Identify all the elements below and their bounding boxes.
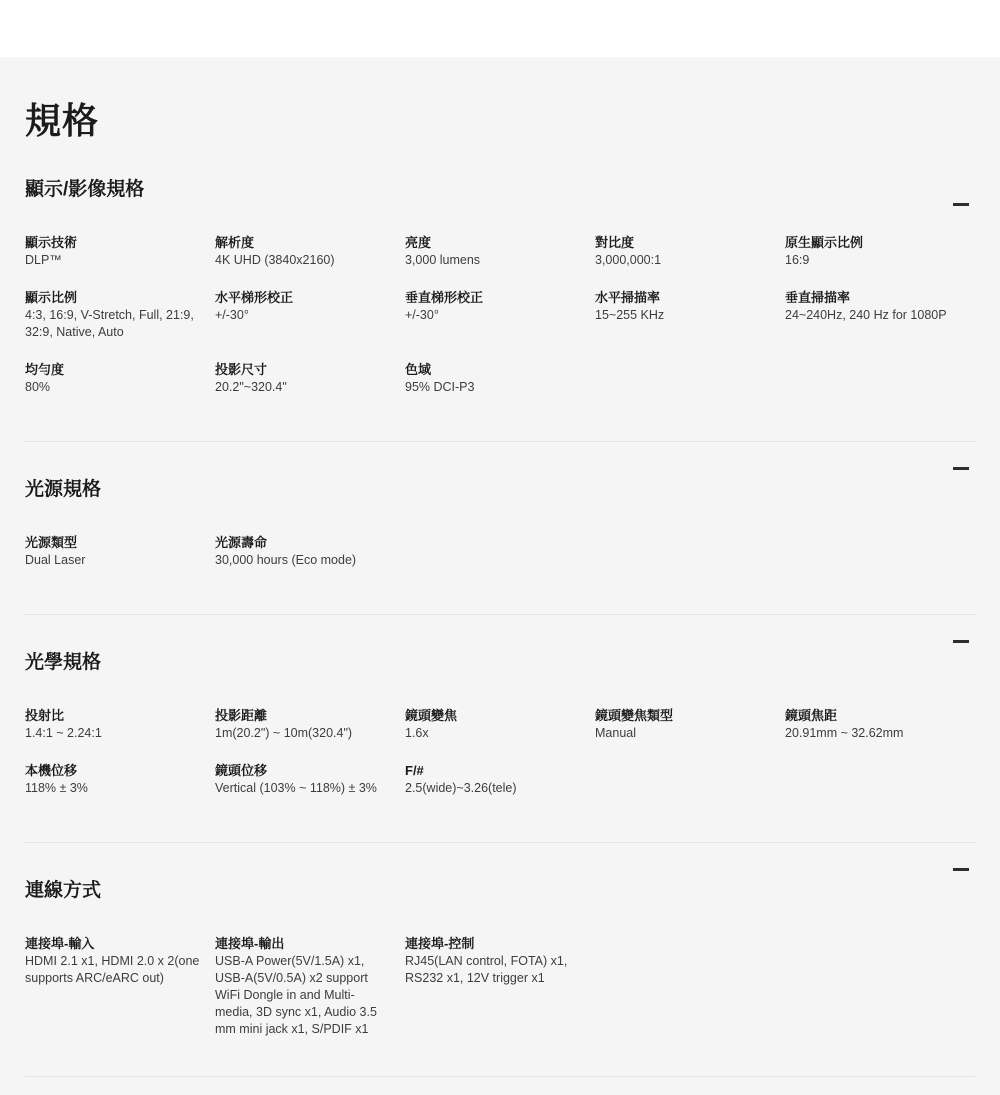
spec-label: 水平掃描率 — [595, 289, 771, 306]
spec-label: 鏡頭位移 — [215, 762, 391, 779]
minus-icon — [953, 868, 969, 871]
spec-label: F/# — [405, 762, 581, 779]
spec-value: Dual Laser — [25, 552, 201, 569]
spec-label: 均勻度 — [25, 361, 201, 378]
spec-grid-light-source: 光源類型 Dual Laser 光源壽命 30,000 hours (Eco m… — [25, 534, 975, 569]
spec-value: DLP™ — [25, 252, 201, 269]
spec-value: 1m(20.2") ~ 10m(320.4") — [215, 725, 391, 742]
spec-value: 4K UHD (3840x2160) — [215, 252, 391, 269]
spec-page-background: 規格 顯示/影像規格 顯示技術 DLP™ 解析度 4K UHD (3840x21… — [0, 57, 1000, 1095]
spec-label: 原生顯示比例 — [785, 234, 961, 251]
minus-icon — [953, 640, 969, 643]
spec-value: 20.2"~320.4" — [215, 379, 391, 396]
section-connectivity: 連線方式 連接埠-輸入 HDMI 2.1 x1, HDMI 2.0 x 2(on… — [25, 842, 975, 1076]
spec-label: 鏡頭變焦類型 — [595, 707, 771, 724]
spec-value: +/-30° — [405, 307, 581, 324]
spec-item: 對比度 3,000,000:1 — [595, 234, 785, 269]
spec-page: 規格 顯示/影像規格 顯示技術 DLP™ 解析度 4K UHD (3840x21… — [25, 57, 975, 1077]
spec-value: 15~255 KHz — [595, 307, 771, 324]
bottom-divider — [25, 1076, 975, 1077]
spec-item: 垂直掃描率 24~240Hz, 240 Hz for 1080P — [785, 289, 975, 341]
spec-value: 30,000 hours (Eco mode) — [215, 552, 391, 569]
spec-value: RJ45(LAN control, FOTA) x1, RS232 x1, 12… — [405, 953, 581, 987]
spec-item: 色域 95% DCI-P3 — [405, 361, 595, 396]
section-title-optical: 光學規格 — [25, 651, 975, 674]
spec-value: 20.91mm ~ 32.62mm — [785, 725, 961, 742]
spec-label: 投影距離 — [215, 707, 391, 724]
spec-label: 鏡頭焦距 — [785, 707, 961, 724]
spec-label: 光源類型 — [25, 534, 201, 551]
spec-value: 118% ± 3% — [25, 780, 201, 797]
spec-value: 3,000 lumens — [405, 252, 581, 269]
spec-value: HDMI 2.1 x1, HDMI 2.0 x 2(one supports A… — [25, 953, 201, 987]
spec-label: 連接埠-控制 — [405, 935, 581, 952]
spec-label: 垂直梯形校正 — [405, 289, 581, 306]
spec-item: 亮度 3,000 lumens — [405, 234, 595, 269]
spec-value: 1.6x — [405, 725, 581, 742]
spec-value: 2.5(wide)~3.26(tele) — [405, 780, 581, 797]
spec-label: 連接埠-輸入 — [25, 935, 201, 952]
collapse-section-optical-button[interactable] — [948, 628, 974, 654]
collapse-section-connectivity-button[interactable] — [948, 856, 974, 882]
minus-icon — [953, 467, 969, 470]
spec-item: 連接埠-輸入 HDMI 2.1 x1, HDMI 2.0 x 2(one sup… — [25, 935, 215, 1038]
spec-value: Vertical (103% ~ 118%) ± 3% — [215, 780, 391, 797]
spec-item: 光源壽命 30,000 hours (Eco mode) — [215, 534, 405, 569]
spec-label: 光源壽命 — [215, 534, 391, 551]
spec-value: Manual — [595, 725, 771, 742]
spec-label: 顯示技術 — [25, 234, 201, 251]
spec-item: 投影尺寸 20.2"~320.4" — [215, 361, 405, 396]
spec-item: 鏡頭焦距 20.91mm ~ 32.62mm — [785, 707, 975, 742]
spec-label: 色域 — [405, 361, 581, 378]
spec-item: 顯示技術 DLP™ — [25, 234, 215, 269]
spec-label: 對比度 — [595, 234, 771, 251]
spec-label: 連接埠-輸出 — [215, 935, 391, 952]
spec-label: 顯示比例 — [25, 289, 201, 306]
section-title-connectivity: 連線方式 — [25, 879, 975, 902]
spec-item: 連接埠-控制 RJ45(LAN control, FOTA) x1, RS232… — [405, 935, 595, 1038]
spec-item: 本機位移 118% ± 3% — [25, 762, 215, 797]
spec-grid-connectivity: 連接埠-輸入 HDMI 2.1 x1, HDMI 2.0 x 2(one sup… — [25, 935, 975, 1038]
spec-label: 鏡頭變焦 — [405, 707, 581, 724]
spec-value: 3,000,000:1 — [595, 252, 771, 269]
spec-label: 亮度 — [405, 234, 581, 251]
spec-label: 垂直掃描率 — [785, 289, 961, 306]
top-white-band — [0, 0, 1000, 57]
spec-item: F/# 2.5(wide)~3.26(tele) — [405, 762, 595, 797]
spec-label: 投射比 — [25, 707, 201, 724]
spec-value: 95% DCI-P3 — [405, 379, 581, 396]
spec-item: 鏡頭變焦 1.6x — [405, 707, 595, 742]
spec-label: 本機位移 — [25, 762, 201, 779]
section-title-light-source: 光源規格 — [25, 478, 975, 501]
spec-label: 投影尺寸 — [215, 361, 391, 378]
spec-grid-display: 顯示技術 DLP™ 解析度 4K UHD (3840x2160) 亮度 3,00… — [25, 234, 975, 396]
spec-item: 水平掃描率 15~255 KHz — [595, 289, 785, 341]
page-title: 規格 — [25, 57, 975, 142]
spec-value: 80% — [25, 379, 201, 396]
section-light-source: 光源規格 光源類型 Dual Laser 光源壽命 30,000 hours (… — [25, 441, 975, 614]
spec-value: 24~240Hz, 240 Hz for 1080P — [785, 307, 961, 324]
spec-item: 光源類型 Dual Laser — [25, 534, 215, 569]
spec-item: 投影距離 1m(20.2") ~ 10m(320.4") — [215, 707, 405, 742]
section-display-image: 顯示/影像規格 顯示技術 DLP™ 解析度 4K UHD (3840x2160)… — [25, 178, 975, 441]
spec-item: 水平梯形校正 +/-30° — [215, 289, 405, 341]
minus-icon — [953, 203, 969, 206]
spec-label: 水平梯形校正 — [215, 289, 391, 306]
spec-value: +/-30° — [215, 307, 391, 324]
collapse-section-display-button[interactable] — [948, 191, 974, 217]
collapse-section-light-source-button[interactable] — [948, 455, 974, 481]
spec-item: 連接埠-輸出 USB-A Power(5V/1.5A) x1, USB-A(5V… — [215, 935, 405, 1038]
spec-item: 鏡頭位移 Vertical (103% ~ 118%) ± 3% — [215, 762, 405, 797]
spec-item: 顯示比例 4:3, 16:9, V-Stretch, Full, 21:9, 3… — [25, 289, 215, 341]
spec-label: 解析度 — [215, 234, 391, 251]
spec-item: 鏡頭變焦類型 Manual — [595, 707, 785, 742]
spec-grid-optical: 投射比 1.4:1 ~ 2.24:1 投影距離 1m(20.2") ~ 10m(… — [25, 707, 975, 797]
spec-value: USB-A Power(5V/1.5A) x1, USB-A(5V/0.5A) … — [215, 953, 391, 1038]
section-title-display-image: 顯示/影像規格 — [25, 178, 975, 201]
spec-item: 原生顯示比例 16:9 — [785, 234, 975, 269]
spec-value: 4:3, 16:9, V-Stretch, Full, 21:9, 32:9, … — [25, 307, 201, 341]
spec-value: 1.4:1 ~ 2.24:1 — [25, 725, 201, 742]
spec-item: 投射比 1.4:1 ~ 2.24:1 — [25, 707, 215, 742]
section-optical: 光學規格 投射比 1.4:1 ~ 2.24:1 投影距離 1m(20.2") ~… — [25, 614, 975, 842]
spec-item: 均勻度 80% — [25, 361, 215, 396]
spec-item: 解析度 4K UHD (3840x2160) — [215, 234, 405, 269]
spec-item: 垂直梯形校正 +/-30° — [405, 289, 595, 341]
spec-value: 16:9 — [785, 252, 961, 269]
